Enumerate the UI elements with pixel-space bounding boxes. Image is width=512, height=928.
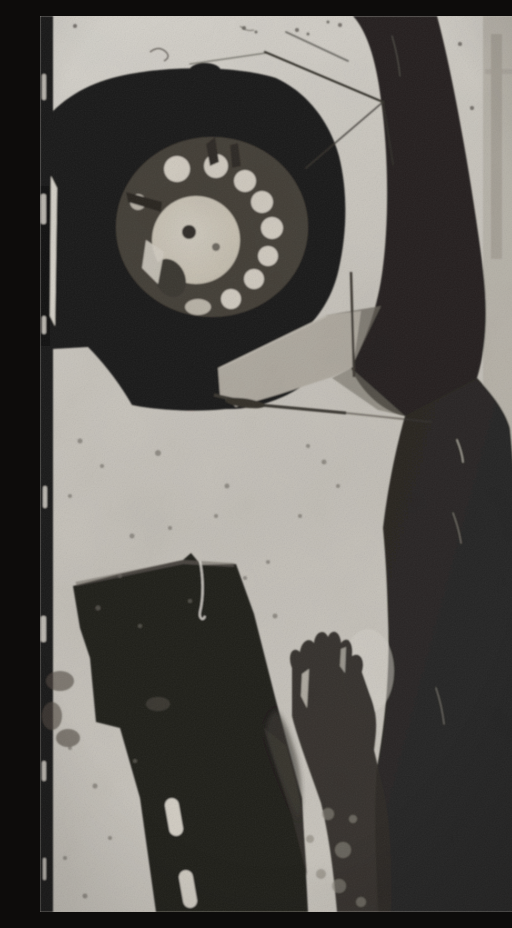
vignette	[40, 16, 512, 912]
photo-canvas	[40, 16, 512, 912]
vintage-photograph	[40, 16, 512, 912]
